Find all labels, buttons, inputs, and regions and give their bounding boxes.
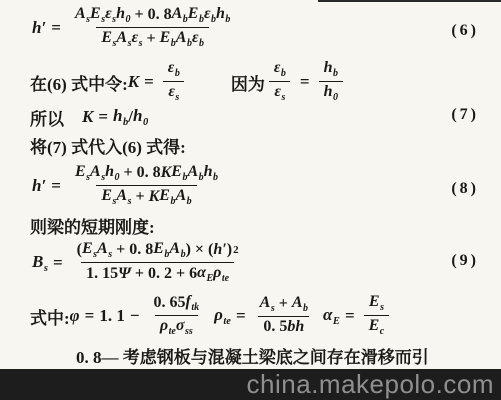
math-var: Eb [171,163,187,183]
math-var: Es [101,29,116,49]
math-subscript: te [223,316,231,327]
math-var: As [116,29,131,49]
text-run: 所以 [30,105,64,130]
text-run: 0. 8— 考虑钢板与混凝土梁底之间存在滑移而引 [76,343,429,368]
math-var: ρte [214,305,231,328]
equation-number-6: (6) [451,22,479,40]
math-operator: + [146,30,155,48]
math-subscript: s [271,303,275,314]
fraction-denominator: εs [163,81,184,105]
math-var: hb [324,59,338,79]
math-var: Eb [160,29,176,49]
math-var: Eb [159,187,175,207]
math-operator: = [51,18,61,38]
math-operator: + [136,188,145,206]
fraction: EsEc [364,293,390,339]
math-var: h0 [105,163,119,183]
math-operator: + [176,265,185,283]
math-var: hb [216,5,230,25]
text-run: 式中: [30,304,70,329]
math-var: Ab [169,240,185,260]
math-var: αE [323,305,340,328]
watermark-text: china.makepolo.com [247,369,501,400]
math-var: Eb [188,5,204,25]
watermark-bar: china.makepolo.com [0,369,501,400]
math-var: εb [192,29,204,49]
math-operator: = [98,107,108,127]
fraction: εbεs [269,59,291,105]
fraction-numerator: εb [163,59,185,81]
text-run: ) [227,241,232,259]
math-subscript: b [187,196,192,207]
math-var: hb [204,163,218,183]
math-var: αE [197,264,213,284]
fraction: (EsAs+0. 8EbAb)×(h′)21. 15Ψ+0. 2+6αEρte [72,240,244,286]
math-var: εs [168,83,179,103]
math-var: Ab [176,29,192,49]
fraction: AsEsεsh0+0. 8AbEbεbhbEsAsεs+EbAbεb [70,5,235,51]
math-var: Es [90,5,105,25]
substitute-line: 将(7) 式代入(6) 式得: [30,132,186,158]
fraction-denominator: h0 [319,81,343,105]
math-subscript: s [380,302,384,313]
math-var: h0 [324,83,338,103]
fraction-numerator: εb [269,59,291,81]
math-subscript: b [175,68,180,79]
fraction-denominator: 0. 5bh [258,316,309,338]
math-number: 0. 65 [154,294,186,312]
math-subscript: s [281,92,285,103]
math-var: b [287,318,295,336]
math-var: Ab [172,5,188,25]
fraction-numerator: EsAsh0+0. 8KEbAbhb [70,163,223,185]
math-var: Es [101,187,116,207]
math-var: εs [105,5,116,25]
fraction-denominator: 1. 15Ψ+0. 2+6αEρte [81,262,234,286]
math-var: h′ [213,241,226,259]
text-run: 则梁的短期刚度: [30,213,155,238]
math-superscript: 2 [233,244,239,256]
math-var: εb [204,5,216,25]
math-operator: − [130,306,140,326]
math-subscript: tk [191,302,199,313]
math-operator: = [300,72,310,92]
fraction-denominator: Ec [364,315,390,339]
math-var: Ec [369,317,385,337]
math-operator: × [195,241,204,259]
math-subscript: 0 [333,92,338,103]
fraction: εbεs [163,59,185,105]
note-slip-line: 0. 8— 考虑钢板与混凝土梁底之间存在滑移而引 [76,342,429,368]
stiffness-intro-line: 则梁的短期刚度: [30,212,155,238]
math-var: K [161,164,172,182]
math-subscript: 0 [143,117,148,128]
equation-number-7: (7) [451,106,479,124]
math-var: Ψ [118,265,131,283]
math-var: K [128,72,139,92]
math-subscript: s [108,249,112,260]
math-var: h′ [32,18,46,38]
math-var: As [75,5,90,25]
math-var: Es [369,293,384,313]
fraction-numerator: Es [364,293,389,315]
math-var: Es [82,240,97,260]
math-subscript: 0 [115,172,120,183]
math-var: εb [274,59,286,79]
document-page: h′=AsEsεsh0+0. 8AbEbεbhbEsAsεs+EbAbεb (6… [0,0,501,400]
fraction-denominator: EsAs+KEbAb [96,185,196,209]
math-subscript: b [213,172,218,183]
math-var: Ab [175,187,191,207]
fraction-numerator: As+Ab [255,294,313,316]
equation-6: h′=AsEsεsh0+0. 8AbEbεbhbEsAsεs+EbAbεb [32,4,239,52]
math-var: εb [168,59,180,79]
math-var: K [149,188,160,206]
equation-8: h′=EsAsh0+0. 8KEbAbhbEsAs+KEbAb [32,160,227,212]
math-operator: + [116,241,125,259]
math-var: σss [176,317,193,337]
math-operator: + [135,265,144,283]
math-var: As [116,187,131,207]
math-operator: = [345,306,355,326]
spacer [189,82,231,83]
math-var: εs [274,83,285,103]
math-operator: + [124,164,133,182]
math-number: 1. 15 [86,265,118,283]
text-run: 在(6) 式中令: [30,70,128,95]
math-subscript: ss [185,326,193,337]
where-definitions-line: 式中:φ=1. 1−0. 65ftkρteσssρte=As+Ab0. 5bhα… [30,290,393,342]
text-run: 将(7) 式代入(6) 式得: [30,133,186,158]
text-run: ) [186,241,191,259]
fraction-numerator: AsEsεsh0+0. 8AbEbεbhb [70,5,235,27]
math-number: 0. 8 [129,241,153,259]
math-var: K [82,107,93,127]
math-operator: = [51,176,61,196]
equation-7: 所以K=hb/h0 [30,104,148,130]
math-subscript: s [128,196,132,207]
equation-number-8: (8) [451,180,479,198]
math-var: ρte [213,264,229,284]
fraction: 0. 65ftkρteσss [149,293,205,339]
math-subscript: s [175,92,179,103]
math-var: εs [132,29,143,49]
math-number: 6 [189,265,197,283]
math-operator: = [236,306,246,326]
math-var: Es [75,163,90,183]
math-var: As [97,240,112,260]
math-subscript: 0 [125,14,130,25]
math-var: As [260,294,275,314]
math-subscript: b [333,68,338,79]
math-subscript: b [225,14,230,25]
math-var: h0 [133,106,148,129]
math-subscript: te [222,273,229,284]
math-var: ρte [160,317,176,337]
math-subscript: b [281,68,286,79]
math-subscript: E [333,316,340,327]
fraction-numerator: (EsAs+0. 8EbAb)×(h′)2 [72,240,244,262]
math-subscript: s [44,263,48,274]
math-operator: + [134,6,143,24]
fraction-denominator: ρteσss [155,315,198,339]
fraction-numerator: 0. 65ftk [149,293,205,315]
scan-artifact-line [318,0,501,2]
math-operator: + [279,295,288,313]
fraction-denominator: EsAsεs+EbAbεb [96,27,209,51]
math-number: 0. 5 [263,318,287,336]
fraction: As+Ab0. 5bh [255,294,313,338]
fraction-numerator: hb [319,59,343,81]
math-number: 0. 8 [148,6,172,24]
math-subscript: b [199,38,204,49]
math-var: As [90,163,105,183]
math-var: φ [70,306,80,326]
math-var: hb [113,106,128,129]
math-operator: = [85,306,95,326]
math-subscript: c [380,326,384,337]
math-operator: = [144,72,154,92]
math-var: Eb [153,240,169,260]
math-var: Ab [292,294,308,314]
math-subscript: b [303,303,308,314]
math-var: h0 [116,5,130,25]
math-subscript: s [139,38,143,49]
math-var: h [295,318,304,336]
math-number: 1. 1 [99,306,125,326]
math-number: 0. 2 [148,265,172,283]
fraction: hbh0 [319,59,343,105]
math-number: 0. 8 [137,164,161,182]
define-k-line: 在(6) 式中令:K=εbεs因为εbεs=hbh0 [30,58,347,106]
math-var: h′ [32,176,46,196]
math-subscript: te [169,326,176,337]
fraction: EsAsh0+0. 8KEbAbhbEsAs+KEbAb [70,163,223,209]
fraction-denominator: εs [269,81,290,105]
math-var: Ab [187,163,203,183]
spacer [64,117,82,118]
text-run: 因为 [231,70,265,95]
equation-9: Bs=(EsAs+0. 8EbAb)×(h′)21. 15Ψ+0. 2+6αEρ… [32,236,248,290]
math-operator: = [53,253,63,273]
math-var: ftk [186,293,200,313]
equation-number-9: (9) [451,252,479,270]
math-var: Bs [32,252,48,275]
